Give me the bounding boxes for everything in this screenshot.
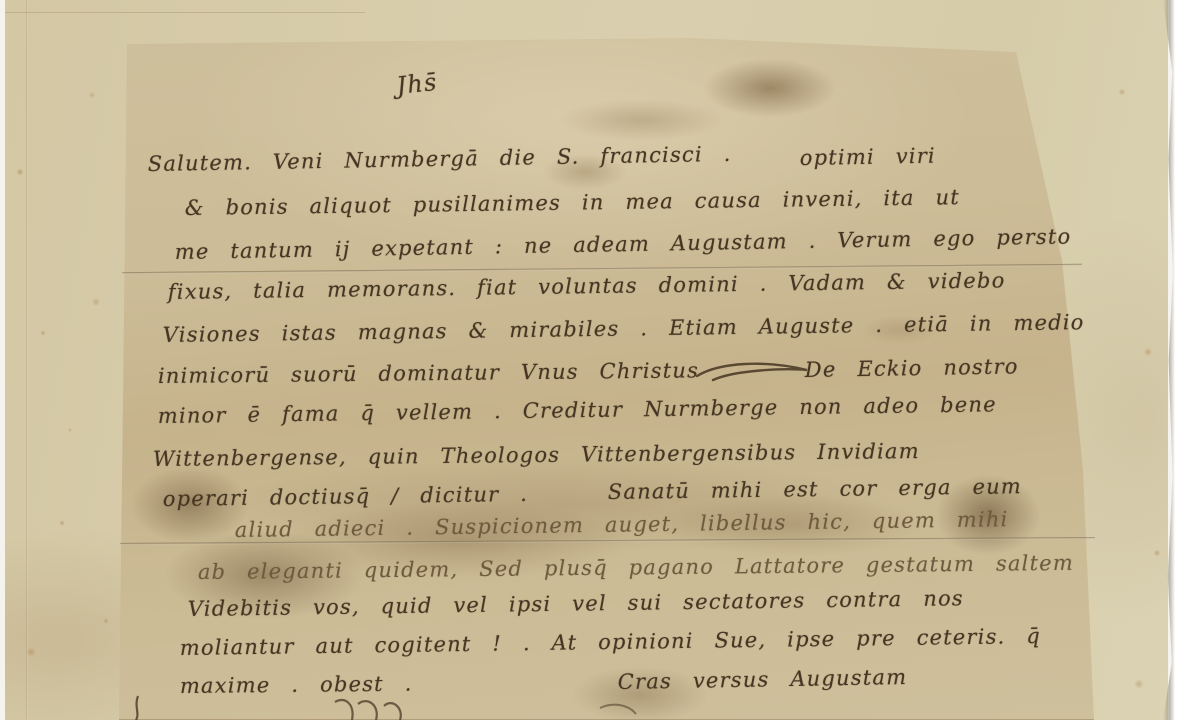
manuscript-line: De Eckio nostro xyxy=(805,354,1019,382)
manuscript-line: & bonis aliquot pusillanimes in mea caus… xyxy=(185,185,960,220)
manuscript-line: Cras versus Augustam xyxy=(618,665,908,694)
lines-layer: Jhs̄Salutem. Veni Nurmbergā die S. fran… xyxy=(0,0,1179,720)
manuscript-photo: Jhs̄Salutem. Veni Nurmbergā die S. fran… xyxy=(0,0,1179,720)
manuscript-line: Salutem. Veni Nurmbergā die S. francisc… xyxy=(148,142,732,176)
manuscript-line: optimi viri xyxy=(800,144,936,170)
manuscript-line: maxime . obest . xyxy=(180,672,413,698)
manuscript-line: inimicorū suorū dominatur Vnus Christu… xyxy=(158,358,699,388)
manuscript-line: moliantur aut cogitent ! . At opinioni S… xyxy=(180,624,1041,660)
manuscript-line: Videbitis vos, quid vel ipsi vel sui sec… xyxy=(188,586,964,621)
header-monogram: Jhs̄ xyxy=(395,68,439,100)
manuscript-line: minor ē fama q̄ vellem . Creditur Nurmb… xyxy=(158,392,997,428)
manuscript-line: Visiones istas magnas & mirabiles . Etia… xyxy=(163,310,1085,347)
manuscript-line: ab eleganti quidem, Sed plusq̄ pagano La… xyxy=(198,551,1074,584)
manuscript-line: Wittenbergense, quin Theologos Vittenber… xyxy=(153,439,920,471)
manuscript-line: aliud adieci . Suspicionem auget, libell… xyxy=(235,507,1009,542)
manuscript-line: fixus, talia memorans. fiat voluntas dom… xyxy=(168,268,1006,304)
manuscript-line: operari doctiusq̄ / dicitur . xyxy=(163,482,529,511)
manuscript-line: me tantum ij expetant : ne adeam Augusta… xyxy=(175,224,1072,264)
manuscript-line: Sanatū mihi est cor erga eum xyxy=(608,474,1022,504)
